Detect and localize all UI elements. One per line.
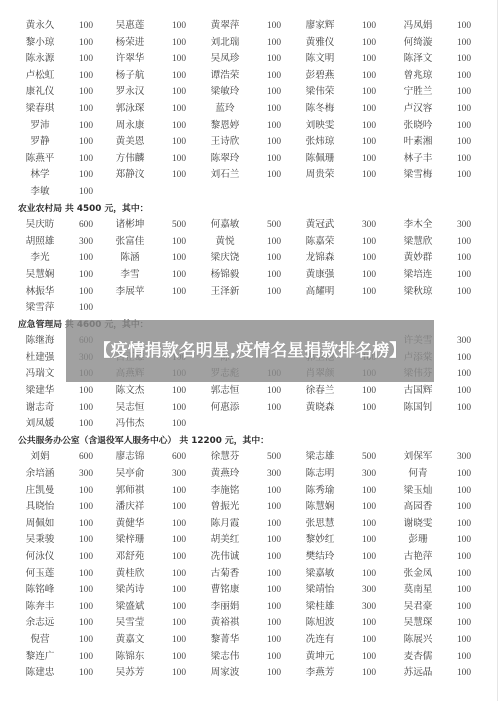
- donation-amount: 100: [452, 566, 476, 583]
- donation-amount: 100: [357, 68, 381, 85]
- donation-amount: 100: [452, 350, 476, 367]
- donor-name: 杨锦毅: [205, 267, 245, 284]
- donor-row: 具晓怡100潘庆祥100曾振光100陈慧娴100高园香100: [0, 499, 497, 516]
- section-header: 农业农村局 共 4500 元，其中：: [0, 201, 497, 218]
- donor-name: 黎连广: [20, 649, 60, 666]
- donor-name: 吴秉骏: [20, 532, 60, 549]
- donor-name: 谢志奇: [20, 400, 60, 417]
- donor-name: 梁敏玲: [205, 84, 245, 101]
- donor-name: 吴君豪: [398, 599, 438, 616]
- donor-name: 李丽娟: [205, 599, 245, 616]
- donation-amount: 100: [262, 665, 286, 682]
- donation-amount: 100: [452, 549, 476, 566]
- donation-amount: 100: [357, 234, 381, 251]
- donor-name: 黄晓森: [300, 400, 340, 417]
- donor-name: 黎菁华: [205, 632, 245, 649]
- donation-amount: 100: [74, 615, 98, 632]
- donation-amount: 100: [357, 151, 381, 168]
- donation-amount: 100: [167, 234, 191, 251]
- donor-name: 彭碧燕: [300, 68, 340, 85]
- document-page: 黄永久100吴惠莲100黄翠萍100廖家辉100冯凤娟100黎小琼100杨荣进1…: [0, 0, 498, 701]
- donation-amount: 100: [74, 51, 98, 68]
- donation-amount: 100: [167, 516, 191, 533]
- donation-amount: 600: [74, 449, 98, 466]
- donor-name: 余培涵: [20, 466, 60, 483]
- donation-amount: 100: [74, 649, 98, 666]
- donor-name: 冯伟杰: [110, 416, 150, 433]
- donor-name: 黄裕祺: [205, 615, 245, 632]
- donor-name: 陈铭峰: [20, 582, 60, 599]
- donation-amount: 100: [262, 18, 286, 35]
- donor-name: 黄坤元: [300, 649, 340, 666]
- donation-amount: 300: [357, 599, 381, 616]
- donor-name: 梁盛斌: [110, 599, 150, 616]
- donor-name: 梁庆饶: [205, 250, 245, 267]
- donor-name: 李施铭: [205, 483, 245, 500]
- donor-name: 黄雅仪: [300, 35, 340, 52]
- donor-name: 康礼仪: [20, 84, 60, 101]
- donation-amount: 300: [167, 466, 191, 483]
- donor-name: 周贵荣: [300, 167, 340, 184]
- donation-amount: 300: [452, 217, 476, 234]
- donor-name: 黄健华: [110, 516, 150, 533]
- donor-name: 张晓吟: [398, 118, 438, 135]
- donor-name: 梁靖怡: [300, 582, 340, 599]
- donation-amount: 100: [167, 383, 191, 400]
- donor-name: 黄嘉文: [110, 632, 150, 649]
- donation-amount: 100: [357, 134, 381, 151]
- donor-name: 林子丰: [398, 151, 438, 168]
- donor-name: 梁雪萍: [20, 300, 60, 317]
- donor-name: 王泽新: [205, 284, 245, 301]
- donor-name: 卢汉容: [398, 101, 438, 118]
- donor-name: 黄妙群: [398, 250, 438, 267]
- donor-name: 陈泽文: [398, 51, 438, 68]
- donor-name: 吴亭俞: [110, 466, 150, 483]
- donation-amount: 100: [262, 134, 286, 151]
- donor-name: 冯凤娟: [398, 18, 438, 35]
- donation-amount: 100: [74, 549, 98, 566]
- donor-row: 陈燕平100方伟麟100陈翠玲100陈佩珊100林子丰100: [0, 151, 497, 168]
- donor-name: 何青: [398, 466, 438, 483]
- donor-name: 樊结玲: [300, 549, 340, 566]
- donor-row: 李敏100: [0, 184, 497, 201]
- donation-amount: 100: [357, 35, 381, 52]
- donation-amount: 100: [452, 599, 476, 616]
- donor-name: 罗静: [20, 134, 60, 151]
- donor-name: 黎恩婷: [205, 118, 245, 135]
- donor-name: 郭师祺: [110, 483, 150, 500]
- donor-name: 诸彬坤: [110, 217, 150, 234]
- donation-amount: 100: [74, 284, 98, 301]
- donation-amount: 100: [357, 632, 381, 649]
- donation-amount: 100: [167, 134, 191, 151]
- donor-name: 宁胜兰: [398, 84, 438, 101]
- donor-name: 周佩如: [20, 516, 60, 533]
- donation-amount: 100: [167, 400, 191, 417]
- donation-amount: 100: [357, 84, 381, 101]
- donation-amount: 100: [167, 84, 191, 101]
- donor-name: 陈建忠: [20, 665, 60, 682]
- donor-row: 林振华100李展苹100王泽新100高耀明100梁秋琼100: [0, 284, 497, 301]
- donor-name: 庄凯曼: [20, 483, 60, 500]
- donation-amount: 100: [262, 499, 286, 516]
- donor-name: 古国辉: [398, 383, 438, 400]
- donor-name: 黄永久: [20, 18, 60, 35]
- donor-name: 何泳仪: [20, 549, 60, 566]
- donor-name: 李雪: [110, 267, 150, 284]
- donor-name: 梁嘉敏: [300, 566, 340, 583]
- donation-amount: 100: [74, 300, 98, 317]
- donor-name: 黄桂欣: [110, 566, 150, 583]
- donor-row: 余志远100吴雪莹100黄裕祺100陈旭波100吴慧琛100: [0, 615, 497, 632]
- donation-amount: 600: [74, 217, 98, 234]
- donation-amount: 100: [262, 599, 286, 616]
- donation-amount: 100: [74, 167, 98, 184]
- donation-amount: 100: [357, 665, 381, 682]
- donor-name: 倪营: [20, 632, 60, 649]
- donor-name: 陈旭波: [300, 615, 340, 632]
- donor-name: 周家波: [205, 665, 245, 682]
- donor-name: 何玉莲: [20, 566, 60, 583]
- donor-name: 何嘉敏: [205, 217, 245, 234]
- donation-amount: 100: [357, 18, 381, 35]
- donation-amount: 100: [167, 582, 191, 599]
- donation-amount: 100: [74, 151, 98, 168]
- donation-amount: 100: [167, 549, 191, 566]
- donation-amount: 100: [452, 615, 476, 632]
- title-banner-overlay[interactable]: 【疫情捐款名明星,疫情名星捐款排名榜】: [66, 320, 434, 382]
- donation-amount: 100: [357, 383, 381, 400]
- donor-name: 黄冠武: [300, 217, 340, 234]
- donation-amount: 100: [262, 68, 286, 85]
- donor-row: 胡照雄300张富佳100黄悦100陈嘉荣100梁慧欣100: [0, 234, 497, 251]
- donation-amount: 100: [452, 499, 476, 516]
- donation-amount: 300: [262, 466, 286, 483]
- donation-amount: 100: [452, 84, 476, 101]
- donor-name: 陈月霞: [205, 516, 245, 533]
- donor-name: 陈继海: [20, 333, 60, 350]
- donor-name: 刘映雯: [300, 118, 340, 135]
- donation-amount: 100: [74, 532, 98, 549]
- donor-name: 胡照雄: [20, 234, 60, 251]
- donor-name: 麦杏儒: [398, 649, 438, 666]
- donation-amount: 100: [167, 167, 191, 184]
- donor-row: 何玉莲100黄桂欣100古菊香100梁嘉敏100张金凤100: [0, 566, 497, 583]
- donor-name: 刘石兰: [205, 167, 245, 184]
- donor-name: 李木全: [398, 217, 438, 234]
- donor-row: 梁春琪100郭泳琛100蓝玲100陈冬梅100卢汉容100: [0, 101, 497, 118]
- donor-name: 吴慧琛: [398, 615, 438, 632]
- donor-name: 潘庆祥: [110, 499, 150, 516]
- donation-amount: 100: [357, 499, 381, 516]
- donation-amount: 100: [167, 566, 191, 583]
- donor-name: 陈翠玲: [205, 151, 245, 168]
- donor-name: 刘凤媛: [20, 416, 60, 433]
- donation-amount: 100: [452, 400, 476, 417]
- donation-amount: 100: [357, 532, 381, 549]
- donation-amount: 300: [74, 234, 98, 251]
- donor-row: 吴庆昉600诸彬坤500何嘉敏500黄冠武300李木全300: [0, 217, 497, 234]
- donor-name: 胡美红: [205, 532, 245, 549]
- donation-amount: 100: [167, 51, 191, 68]
- donation-amount: 100: [262, 250, 286, 267]
- donor-name: 黎小琼: [20, 35, 60, 52]
- donor-name: 梁梓珊: [110, 532, 150, 549]
- donation-amount: 100: [167, 18, 191, 35]
- donor-row: 刘娟600廖志锦600徐慧芬500梁志雄500刘保军300: [0, 449, 497, 466]
- donor-name: 梁春琪: [20, 101, 60, 118]
- donation-amount: 100: [452, 516, 476, 533]
- donation-amount: 300: [357, 582, 381, 599]
- donation-amount: 100: [74, 516, 98, 533]
- donation-amount: 300: [452, 449, 476, 466]
- donation-amount: 300: [357, 466, 381, 483]
- donor-name: 梁培连: [398, 267, 438, 284]
- donor-name: 刘保军: [398, 449, 438, 466]
- donor-name: 吴庆昉: [20, 217, 60, 234]
- donor-name: 蓝玲: [205, 101, 245, 118]
- donor-name: 陈奔丰: [20, 599, 60, 616]
- donation-amount: 100: [74, 84, 98, 101]
- donor-name: 陈国钊: [398, 400, 438, 417]
- donation-amount: 100: [74, 383, 98, 400]
- donor-row: 陈建忠100吴苏芳100周家波100李燕芳100苏远晶100: [0, 665, 497, 682]
- donor-row: 庄凯曼100郭师祺100李施铭100陈秀瑜100梁玉灿100: [0, 483, 497, 500]
- donor-name: 叶素湘: [398, 134, 438, 151]
- donation-amount: 100: [262, 284, 286, 301]
- donor-name: 李燕芳: [300, 665, 340, 682]
- banner-title: 【疫情捐款名明星,疫情名星捐款排名榜】: [88, 341, 412, 362]
- donor-name: 莫南星: [398, 582, 438, 599]
- donor-row: 陈奔丰100梁盛斌100李丽娟100梁桂雄300吴君豪100: [0, 599, 497, 616]
- donation-amount: 100: [167, 483, 191, 500]
- donor-name: 何惠添: [205, 400, 245, 417]
- donation-amount: 100: [74, 35, 98, 52]
- donation-amount: 100: [262, 532, 286, 549]
- donation-amount: 100: [452, 101, 476, 118]
- donation-amount: 100: [452, 532, 476, 549]
- donation-amount: 100: [357, 615, 381, 632]
- donor-row: 罗静100黄美恩100王诗欣100张炜琼100叶素湘100: [0, 134, 497, 151]
- donation-amount: 100: [167, 532, 191, 549]
- donor-name: 龙锦森: [300, 250, 340, 267]
- donor-row: 余培涵300吴亭俞300黄燕玲300陈志明300何青100: [0, 466, 497, 483]
- donation-amount: 100: [452, 250, 476, 267]
- donor-name: 冼伟诚: [205, 549, 245, 566]
- donation-amount: 100: [167, 632, 191, 649]
- donor-row: 黄永久100吴惠莲100黄翠萍100廖家辉100冯凤娟100: [0, 18, 497, 35]
- donor-name: 黄康强: [300, 267, 340, 284]
- donation-amount: 100: [74, 665, 98, 682]
- donation-amount: 100: [167, 267, 191, 284]
- donor-name: 陈冬梅: [300, 101, 340, 118]
- donor-name: 廖家辉: [300, 18, 340, 35]
- donation-amount: 100: [167, 649, 191, 666]
- donation-amount: 100: [167, 250, 191, 267]
- donation-amount: 100: [452, 18, 476, 35]
- donation-amount: 100: [167, 416, 191, 433]
- donation-amount: 100: [357, 250, 381, 267]
- donor-row: 谢志奇100吴志恒100何惠添100黄晓森100陈国钊100: [0, 400, 497, 417]
- donation-amount: 100: [74, 599, 98, 616]
- donation-amount: 100: [74, 483, 98, 500]
- donor-name: 邓舒苑: [110, 549, 150, 566]
- donation-amount: 100: [357, 167, 381, 184]
- donor-row: 周佩如100黄健华100陈月霞100张思慧100谢晓雯100: [0, 516, 497, 533]
- donor-row: 卢松虹100杨子航100谭浩荣100彭碧燕100曾兆琼100: [0, 68, 497, 85]
- donor-row: 康礼仪100罗永汉100梁敏玲100梁伟荣100宁胜兰100: [0, 84, 497, 101]
- donor-name: 冯瑞文: [20, 366, 60, 383]
- donation-amount: 100: [357, 101, 381, 118]
- donation-amount: 100: [262, 566, 286, 583]
- donor-row: 罗沛100周永康100黎恩婷100刘映雯100张晓吟100: [0, 118, 497, 135]
- donation-amount: 100: [167, 615, 191, 632]
- donation-amount: 100: [74, 134, 98, 151]
- donor-name: 黄燕玲: [205, 466, 245, 483]
- donor-name: 吴慧娴: [20, 267, 60, 284]
- donor-name: 罗永汉: [110, 84, 150, 101]
- donor-row: 吴慧娴100李雪100杨锦毅100黄康强100梁培连100: [0, 267, 497, 284]
- donation-amount: 100: [452, 68, 476, 85]
- donation-amount: 100: [74, 118, 98, 135]
- donation-amount: 100: [167, 35, 191, 52]
- donation-amount: 100: [452, 267, 476, 284]
- donor-name: 陈嘉荣: [300, 234, 340, 251]
- donation-amount: 100: [167, 151, 191, 168]
- donation-amount: 100: [357, 516, 381, 533]
- donation-amount: 100: [262, 35, 286, 52]
- donor-name: 卢松虹: [20, 68, 60, 85]
- donation-amount: 100: [357, 267, 381, 284]
- donor-name: 黎妙红: [300, 532, 340, 549]
- donor-name: 陈锦东: [110, 649, 150, 666]
- donation-amount: 100: [452, 234, 476, 251]
- donor-name: 吴苏芳: [110, 665, 150, 682]
- donation-amount: 100: [74, 566, 98, 583]
- donor-name: 梁芮诗: [110, 582, 150, 599]
- donor-name: 郑静汶: [110, 167, 150, 184]
- donor-name: 张思慧: [300, 516, 340, 533]
- donor-name: 张金凤: [398, 566, 438, 583]
- donation-amount: 100: [452, 151, 476, 168]
- donor-name: 吴雪莹: [110, 615, 150, 632]
- donor-name: 高园香: [398, 499, 438, 516]
- donation-amount: 100: [167, 101, 191, 118]
- donor-row: 刘凤媛100冯伟杰100: [0, 416, 497, 433]
- donation-amount: 100: [452, 51, 476, 68]
- donor-name: 李敏: [20, 184, 60, 201]
- donor-name: 梁志伟: [205, 649, 245, 666]
- donation-amount: 100: [262, 649, 286, 666]
- donor-name: 梁建华: [20, 383, 60, 400]
- donor-name: 梁志雄: [300, 449, 340, 466]
- donor-name: 曹铭康: [205, 582, 245, 599]
- donation-amount: 100: [74, 250, 98, 267]
- donation-amount: 500: [357, 449, 381, 466]
- donation-amount: 100: [452, 665, 476, 682]
- donation-amount: 100: [357, 549, 381, 566]
- section-header: 公共服务办公室（含退役军人服务中心） 共 12200 元，其中：: [0, 433, 497, 450]
- donor-name: 张炜琼: [300, 134, 340, 151]
- donation-amount: 100: [262, 234, 286, 251]
- donor-name: 陈展兴: [398, 632, 438, 649]
- donor-name: 梁雪梅: [398, 167, 438, 184]
- donor-name: 黄悦: [205, 234, 245, 251]
- donor-name: 杨荣进: [110, 35, 150, 52]
- donor-row: 陈铭峰100梁芮诗100曹铭康100梁靖怡300莫南星100: [0, 582, 497, 599]
- donor-name: 周永康: [110, 118, 150, 135]
- donation-amount: 100: [357, 51, 381, 68]
- donation-amount: 100: [167, 499, 191, 516]
- donation-amount: 100: [74, 267, 98, 284]
- donor-name: 梁伟荣: [300, 84, 340, 101]
- donation-amount: 100: [74, 68, 98, 85]
- donor-name: 梁玉灿: [398, 483, 438, 500]
- donor-name: 李展苹: [110, 284, 150, 301]
- donation-amount: 100: [452, 466, 476, 483]
- donor-name: 郭志恒: [205, 383, 245, 400]
- donation-amount: 100: [262, 267, 286, 284]
- donor-name: 郭泳琛: [110, 101, 150, 118]
- donor-name: 黄美恩: [110, 134, 150, 151]
- donor-row: 倪营100黄嘉文100黎菁华100冼连有100陈展兴100: [0, 632, 497, 649]
- donor-name: 曾兆琼: [398, 68, 438, 85]
- donation-amount: 300: [74, 466, 98, 483]
- donation-amount: 100: [262, 549, 286, 566]
- donation-amount: 600: [167, 449, 191, 466]
- donation-amount: 100: [167, 665, 191, 682]
- donation-amount: 100: [262, 632, 286, 649]
- donor-name: 杜建强: [20, 350, 60, 367]
- donor-name: 陈秀瑜: [300, 483, 340, 500]
- donor-name: 黄翠萍: [205, 18, 245, 35]
- donation-amount: 100: [357, 566, 381, 583]
- donor-name: 梁秋琼: [398, 284, 438, 301]
- donation-amount: 100: [262, 167, 286, 184]
- donation-amount: 100: [262, 84, 286, 101]
- donation-amount: 100: [357, 118, 381, 135]
- donation-amount: 100: [74, 416, 98, 433]
- donor-row: 李光100陈涵100梁庆饶100龙锦森100黄妙群100: [0, 250, 497, 267]
- donor-name: 梁慧欣: [398, 234, 438, 251]
- donor-name: 陈慧娴: [300, 499, 340, 516]
- donation-amount: 500: [167, 217, 191, 234]
- donation-amount: 100: [262, 400, 286, 417]
- donation-amount: 100: [167, 599, 191, 616]
- donation-amount: 100: [452, 284, 476, 301]
- donor-name: 陈志明: [300, 466, 340, 483]
- donation-amount: 100: [262, 483, 286, 500]
- donor-name: 古菊香: [205, 566, 245, 583]
- donation-amount: 100: [262, 118, 286, 135]
- donor-name: 王诗欣: [205, 134, 245, 151]
- donor-name: 陈文杰: [110, 383, 150, 400]
- donor-name: 许翠华: [110, 51, 150, 68]
- donor-name: 李光: [20, 250, 60, 267]
- donation-amount: 100: [262, 582, 286, 599]
- donation-amount: 100: [74, 499, 98, 516]
- donor-name: 徐春兰: [300, 383, 340, 400]
- donation-amount: 100: [74, 184, 98, 201]
- donor-name: 苏远晶: [398, 665, 438, 682]
- donation-amount: 100: [357, 284, 381, 301]
- donation-amount: 100: [262, 101, 286, 118]
- donation-amount: 100: [262, 516, 286, 533]
- donor-name: 具晓怡: [20, 499, 60, 516]
- donor-name: 何绮漩: [398, 35, 438, 52]
- donor-row: 吴秉骏100梁梓珊100胡美红100黎妙红100彭珊100: [0, 532, 497, 549]
